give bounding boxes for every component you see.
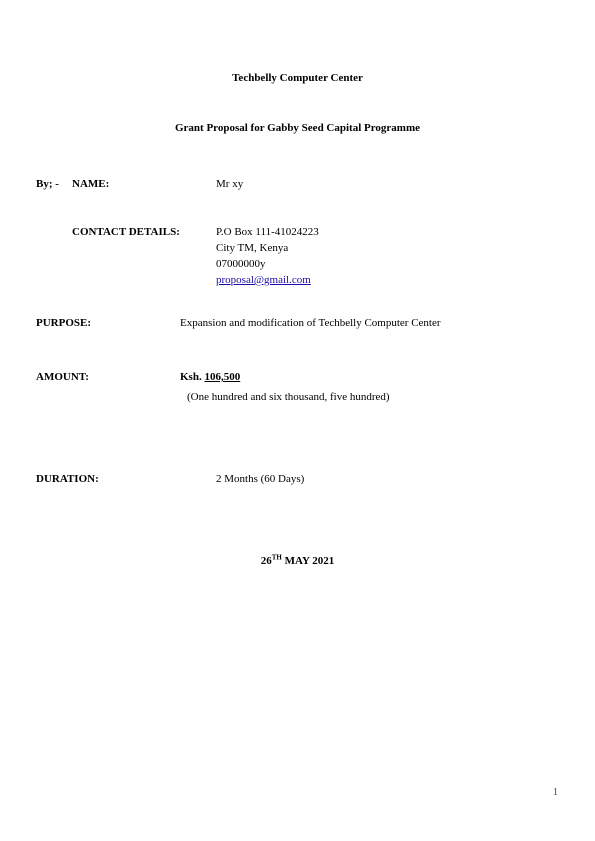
- by-label: By; -: [36, 178, 59, 190]
- contact-city: City TM, Kenya: [216, 242, 288, 254]
- name-value: Mr xy: [216, 178, 243, 190]
- amount-label: AMOUNT:: [36, 371, 89, 383]
- amount-currency: Ksh.: [180, 371, 202, 383]
- duration-value: 2 Months (60 Days): [216, 473, 304, 485]
- date-day: 26: [261, 555, 272, 567]
- purpose-value: Expansion and modification of Techbelly …: [180, 317, 441, 329]
- contact-address: P.O Box 111-41024223: [216, 226, 319, 238]
- page-number: 1: [553, 787, 558, 798]
- contact-label: CONTACT DETAILS:: [72, 226, 180, 238]
- amount-figure: Ksh. 106,500: [180, 371, 240, 383]
- organization-heading: Techbelly Computer Center: [0, 72, 595, 84]
- date-month-year: MAY 2021: [285, 555, 335, 567]
- date-suffix: TH: [272, 553, 282, 561]
- duration-label: DURATION:: [36, 473, 99, 485]
- proposal-title: Grant Proposal for Gabby Seed Capital Pr…: [0, 122, 595, 134]
- amount-words: (One hundred and six thousand, five hund…: [187, 391, 390, 403]
- name-label: NAME:: [72, 178, 109, 190]
- document-date: 26TH MAY 2021: [0, 555, 595, 567]
- purpose-label: PURPOSE:: [36, 317, 91, 329]
- contact-phone: 07000000y: [216, 258, 266, 270]
- contact-email-link[interactable]: proposal@gmail.com: [216, 274, 311, 286]
- amount-value: 106,500: [204, 371, 240, 383]
